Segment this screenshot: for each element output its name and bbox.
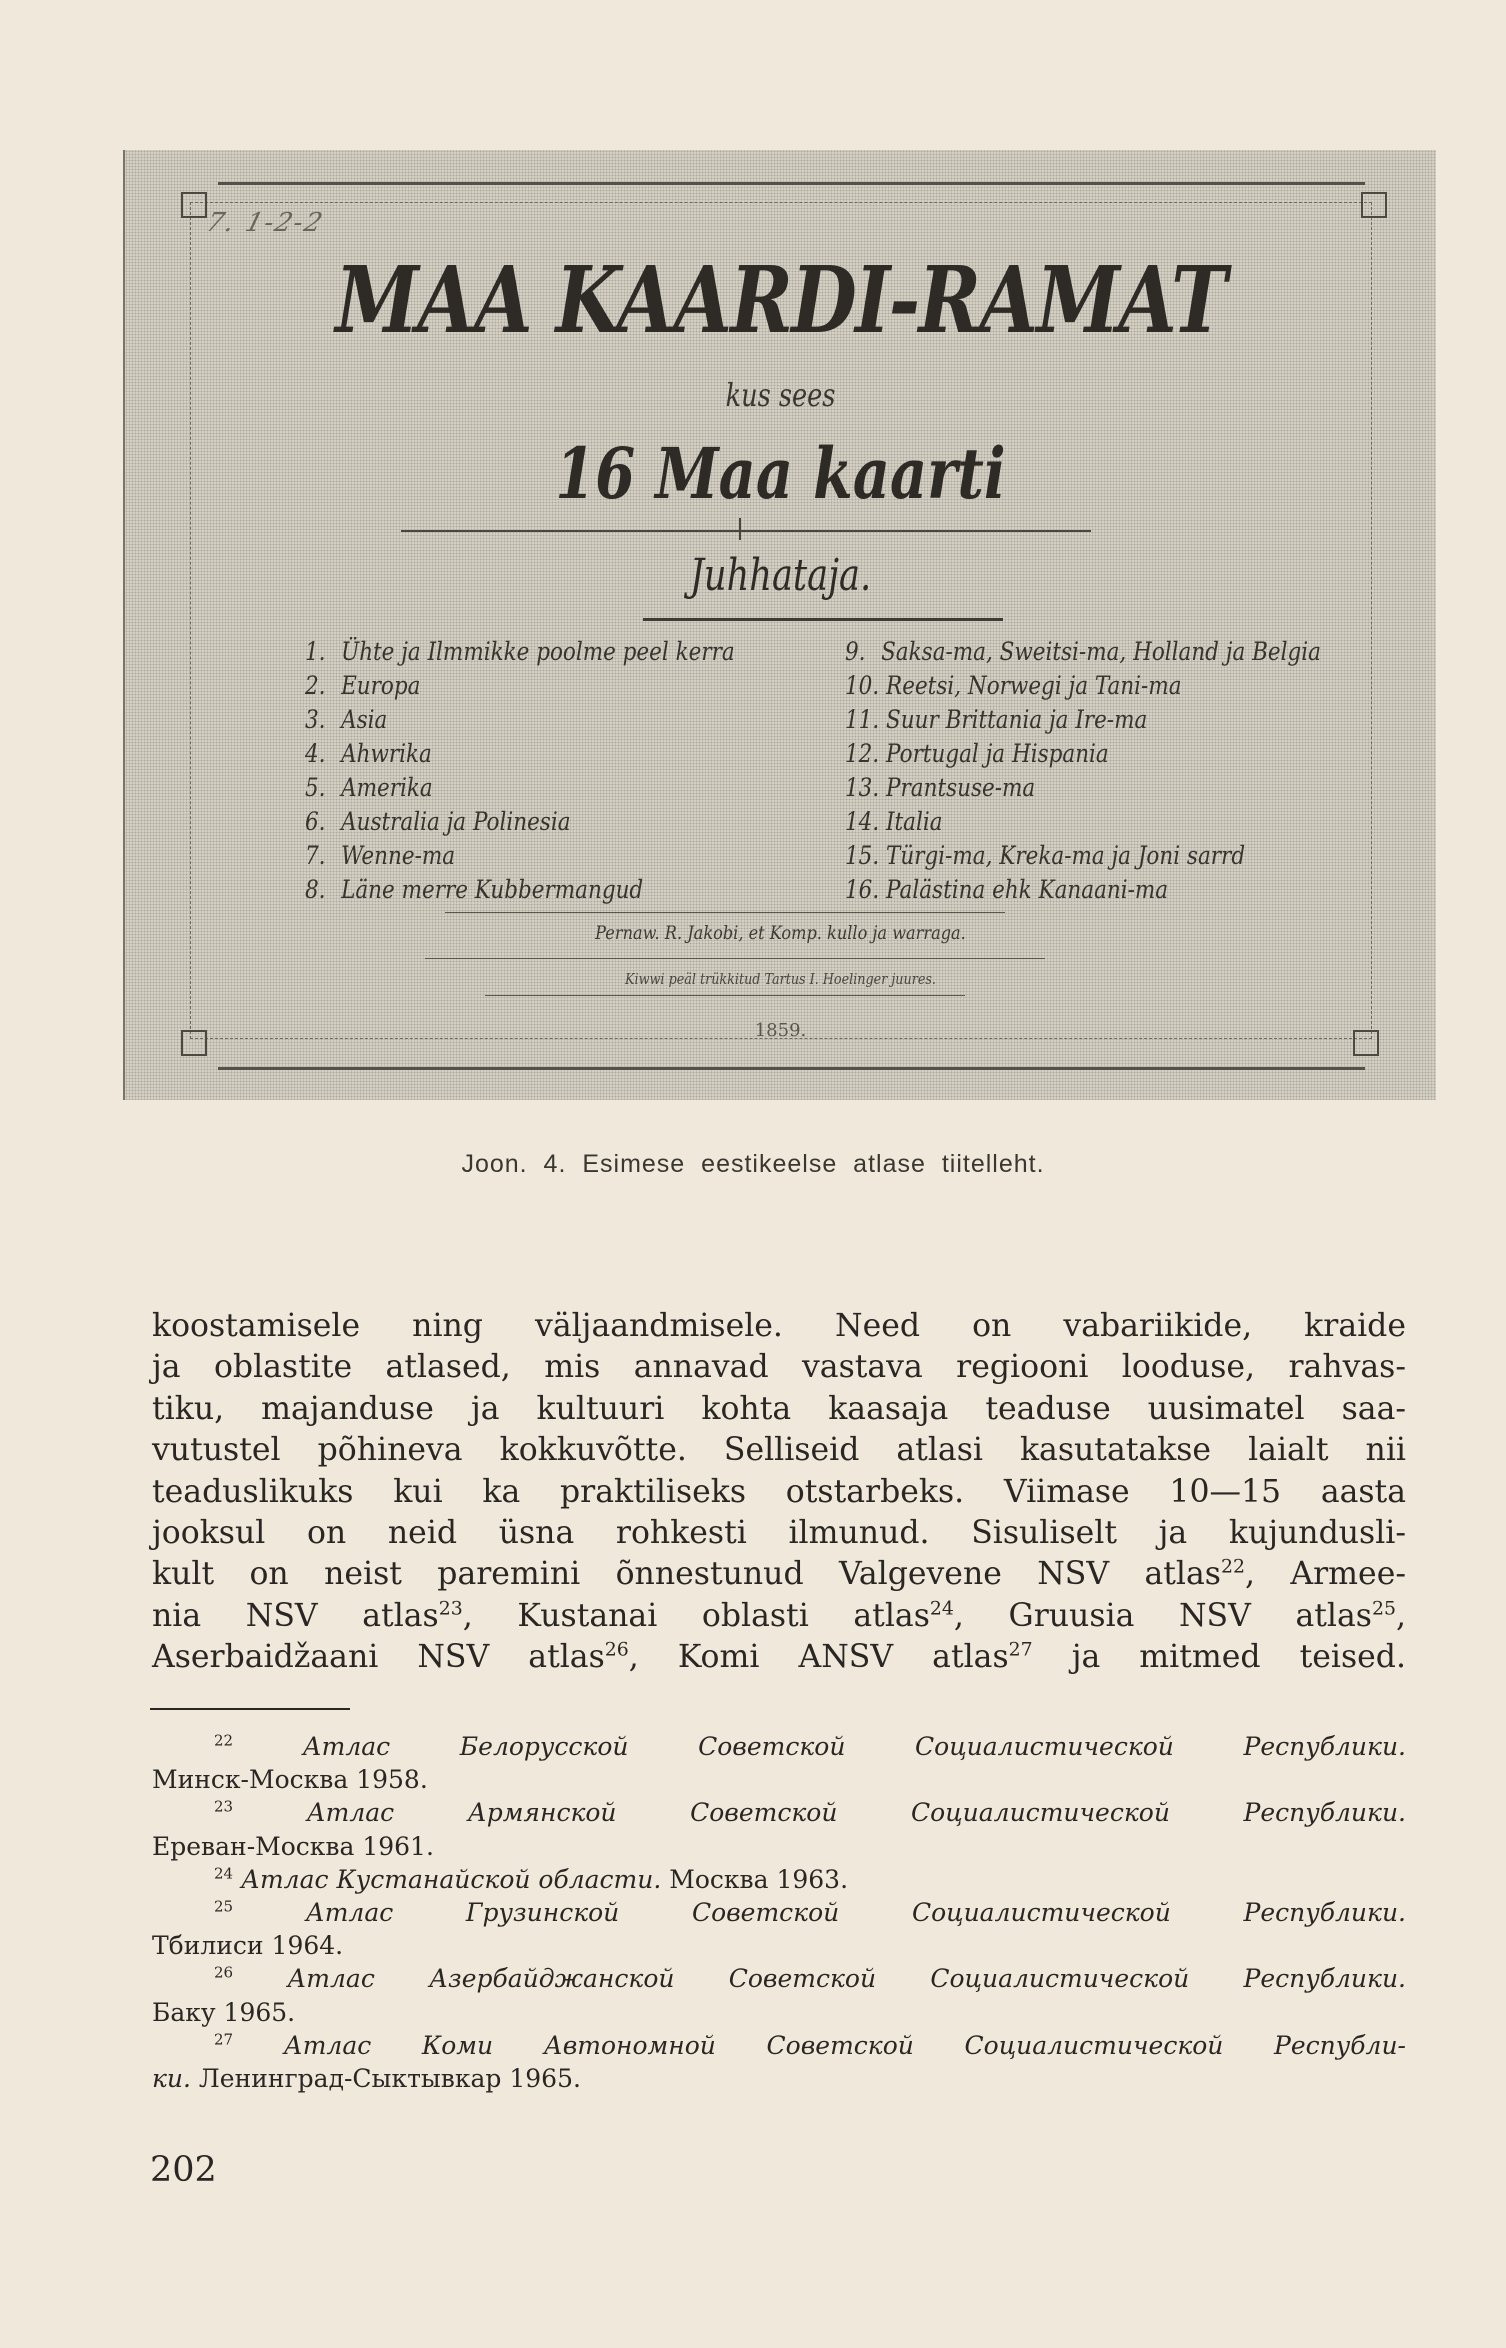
frame-border-bottom — [218, 1067, 1365, 1070]
footnote-separator — [150, 1708, 350, 1710]
footnote-22: 22 Атлас Белорусской Советской Социалист… — [152, 1730, 1406, 1796]
toc-item: 16. Palästina ehk Kanaani-ma — [845, 873, 1321, 907]
footnote-number: 23 — [214, 1798, 233, 1816]
toc-item: 5. Amerika — [305, 771, 735, 805]
footnote-25: 25 Атлас Грузинской Советской Социалисти… — [152, 1896, 1406, 1962]
footnote-number: 26 — [214, 1964, 233, 1982]
toc-item: 13. Prantsuse-ma — [845, 771, 1321, 805]
text-line: kult on neist paremini õnnestunud Valgev… — [152, 1554, 1406, 1595]
divider — [445, 912, 1005, 913]
imprint-printer: Kiwwi peäl trükkitud Tartus I. Hoelinger… — [223, 970, 1337, 988]
toc-item: 9. Saksa-ma, Sweitsi-ma, Holland ja Belg… — [845, 635, 1321, 669]
divider — [643, 618, 1003, 621]
atlas-title: MAA KAARDI-RAMAT — [243, 246, 1318, 354]
toc-item: 12. Portugal ja Hispania — [845, 737, 1321, 771]
figure-caption: Joon. 4. Esimese eestikeelse atlase tiit… — [0, 1150, 1506, 1179]
footnote-23: 23 Атлас Армянской Советской Социалистич… — [152, 1796, 1406, 1862]
footnote-ref[interactable]: 25 — [1372, 1597, 1396, 1619]
atlas-map-count: 16 Maa kaarti — [243, 432, 1318, 515]
imprint-year: 1859. — [125, 1020, 1436, 1041]
toc-item: 4. Ahwrika — [305, 737, 735, 771]
footnote-26: 26 Атлас Азербайджанской Советской Социа… — [152, 1962, 1406, 2028]
text-line: jooksul on neid üsna rohkesti ilmunud. S… — [152, 1513, 1406, 1554]
text-line: vutustel põhineva kokkuvõtte. Selliseid … — [152, 1430, 1406, 1471]
handwritten-shelfmark: 7. 1-2-2 — [203, 208, 327, 238]
imprint-publisher: Pernaw. R. Jakobi, et Komp. kullo ja war… — [223, 922, 1337, 944]
footnote-number: 25 — [214, 1898, 233, 1916]
toc-right-column: 9. Saksa-ma, Sweitsi-ma, Holland ja Belg… — [845, 635, 1398, 907]
toc-item: 1. Ühte ja Ilmmikke poolme peel kerra — [305, 635, 735, 669]
divider — [425, 958, 1045, 959]
footnote-ref[interactable]: 23 — [439, 1597, 463, 1619]
toc-item: 2. Europa — [305, 669, 735, 703]
corner-ornament-icon — [1361, 192, 1387, 218]
footnote-24: 24 Атлас Кустанайской области. Москва 19… — [152, 1863, 1406, 1896]
footnote-number: 22 — [214, 1732, 233, 1750]
toc-item: 6. Australia ja Polinesia — [305, 805, 735, 839]
divider-ornament-icon — [739, 518, 751, 540]
body-paragraph: koostamisele ning väljaandmisele. Need o… — [152, 1306, 1406, 1679]
corner-ornament-icon — [181, 192, 207, 218]
text-line: koostamisele ning väljaandmisele. Need o… — [152, 1306, 1406, 1347]
text-line: nia NSV atlas23, Kustanai oblasti atlas2… — [152, 1596, 1406, 1637]
footnote-ref[interactable]: 26 — [605, 1639, 629, 1661]
atlas-subtitle: kus sees — [256, 376, 1305, 414]
figure-title-page-photo: 7. 1-2-2 MAA KAARDI-RAMAT kus sees 16 Ma… — [123, 150, 1436, 1100]
text-line: ja oblastite atlased, mis annavad vastav… — [152, 1347, 1406, 1388]
footnote-number: 27 — [214, 2031, 233, 2049]
footnote-ref[interactable]: 27 — [1009, 1639, 1033, 1661]
toc-item: 10. Reetsi, Norwegi ja Tani-ma — [845, 669, 1321, 703]
toc-item: 3. Asia — [305, 703, 735, 737]
text-line: tiku, majanduse ja kultuuri kohta kaasaj… — [152, 1389, 1406, 1430]
toc-item: 15. Türgi-ma, Kreka-ma ja Joni sarrd — [845, 839, 1321, 873]
footnote-ref[interactable]: 22 — [1221, 1556, 1245, 1578]
frame-border-top — [218, 182, 1365, 185]
footnote-27: 27 Атлас Коми Автономной Советской Социа… — [152, 2029, 1406, 2095]
toc-item: 7. Wenne-ma — [305, 839, 735, 873]
toc-item: 11. Suur Brittania ja Ire-ma — [845, 703, 1321, 737]
footnote-ref[interactable]: 24 — [930, 1597, 954, 1619]
toc-heading: Juhhataja. — [256, 550, 1305, 601]
divider — [485, 995, 965, 996]
toc-left-column: 1. Ühte ja Ilmmikke poolme peel kerra 2.… — [305, 635, 805, 907]
footnote-number: 24 — [214, 1864, 233, 1882]
toc-item: 14. Italia — [845, 805, 1321, 839]
text-line: Aserbaidžaani NSV atlas26, Komi ANSV atl… — [152, 1637, 1406, 1678]
toc-item: 8. Läne merre Kubbermangud — [305, 873, 735, 907]
footnotes: 22 Атлас Белорусской Советской Социалист… — [152, 1730, 1406, 2095]
page-number: 202 — [150, 2150, 217, 2190]
text-line: teaduslikuks kui ka praktiliseks otstarb… — [152, 1472, 1406, 1513]
